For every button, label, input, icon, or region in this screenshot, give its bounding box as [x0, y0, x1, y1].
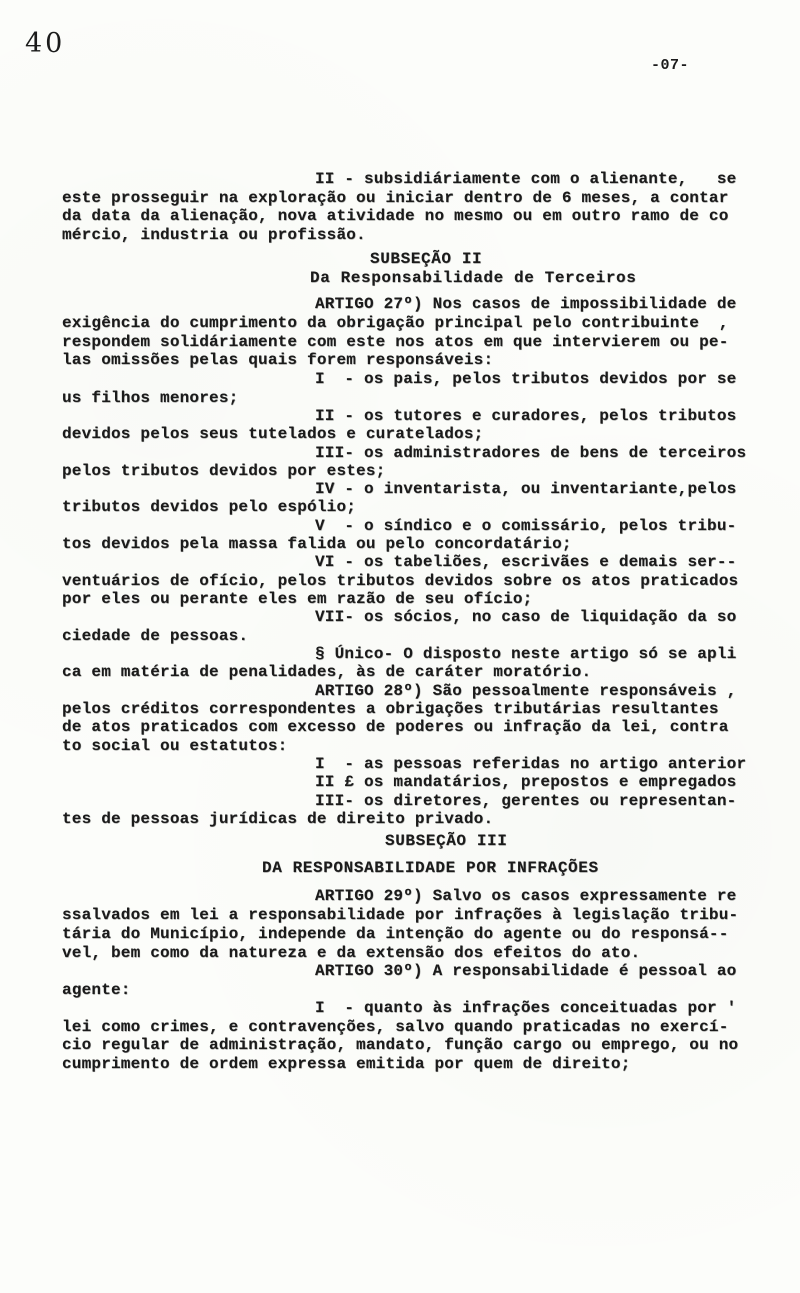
text-line: pelos tributos devidos por estes;: [62, 463, 385, 479]
text-line: devidos pelos seus tutelados e curatelad…: [62, 426, 483, 442]
text-line: VI - os tabeliões, escrivães e demais se…: [315, 554, 736, 570]
text-line: cio regular de administração, mandato, f…: [62, 1037, 738, 1053]
text-line: V - o síndico e o comissário, pelos trib…: [315, 518, 736, 534]
text-line: exigência do cumprimento da obrigação pr…: [62, 315, 729, 331]
text-line: ARTIGO 28º) São pessoalmente responsávei…: [315, 683, 736, 699]
document-page: 40 -07- II - subsidiáriamente com o alie…: [0, 0, 800, 1293]
text-line: ssalvados em lei a responsabilidade por …: [62, 907, 738, 923]
text-line: III- os diretores, gerentes ou represent…: [315, 793, 736, 809]
text-line: us filhos menores;: [62, 390, 238, 406]
text-line: por eles ou perante eles em razão de seu…: [62, 591, 532, 607]
text-line: tos devidos pela massa falida ou pelo co…: [62, 536, 572, 552]
text-line: ARTIGO 29º) Salvo os casos expressamente…: [315, 888, 736, 904]
text-line: respondem solidáriamente com este nos at…: [62, 334, 729, 350]
section-heading: SUBSEÇÃO III: [385, 833, 507, 849]
text-line: vel, bem como da natureza e da extensão …: [62, 945, 640, 961]
text-line: de atos praticados com excesso de podere…: [62, 719, 729, 735]
text-line: III- os administradores de bens de terce…: [315, 445, 746, 461]
text-line: mércio, industria ou profissão.: [62, 227, 366, 243]
text-line: pelos créditos correspondentes a obrigaç…: [62, 701, 719, 717]
text-line: VII- os sócios, no caso de liquidação da…: [315, 609, 736, 625]
text-line: ventuários de ofício, pelos tributos dev…: [62, 573, 738, 589]
text-line: I - quanto às infrações conceituadas por…: [315, 1000, 736, 1016]
text-line: II - subsidiáriamente com o alienante, s…: [315, 171, 736, 187]
text-line: cumprimento de ordem expressa emitida po…: [62, 1056, 631, 1072]
section-heading: SUBSEÇÃO II: [370, 251, 482, 267]
text-line: ciedade de pessoas.: [62, 628, 248, 644]
text-line: agente:: [62, 982, 131, 998]
section-heading: Da Responsabilidade de Terceiros: [310, 270, 636, 286]
text-line: to social ou estatutos:: [62, 738, 287, 754]
text-line: tes de pessoas jurídicas de direito priv…: [62, 811, 493, 827]
section-heading: DA RESPONSABILIDADE POR INFRAÇÕES: [262, 860, 599, 876]
text-line: I - as pessoas referidas no artigo anter…: [315, 756, 746, 772]
text-line: I - os pais, pelos tributos devidos por …: [315, 371, 736, 387]
text-line: las omissões pelas quais forem responsáv…: [62, 352, 493, 368]
text-line: tária do Município, independe da intençã…: [62, 926, 729, 942]
page-number-left: 40: [25, 28, 65, 59]
text-line: tributos devidos pelo espólio;: [62, 499, 356, 515]
text-line: lei como crimes, e contravenções, salvo …: [62, 1019, 729, 1035]
text-line: da data da alienação, nova atividade no …: [62, 208, 729, 224]
text-line: IV - o inventarista, ou inventariante,pe…: [315, 481, 736, 497]
text-line: § Único- O disposto neste artigo só se a…: [315, 646, 736, 662]
text-line: II - os tutores e curadores, pelos tribu…: [315, 408, 736, 424]
text-line: II £ os mandatários, prepostos e emprega…: [315, 774, 736, 790]
text-line: este prosseguir na exploração ou iniciar…: [62, 190, 729, 206]
page-number-right: -07-: [651, 57, 689, 74]
text-line: ca em matéria de penalidades, às de cará…: [62, 664, 591, 680]
text-line: ARTIGO 27º) Nos casos de impossibilidade…: [315, 296, 736, 312]
text-line: ARTIGO 30º) A responsabilidade é pessoal…: [315, 963, 736, 979]
